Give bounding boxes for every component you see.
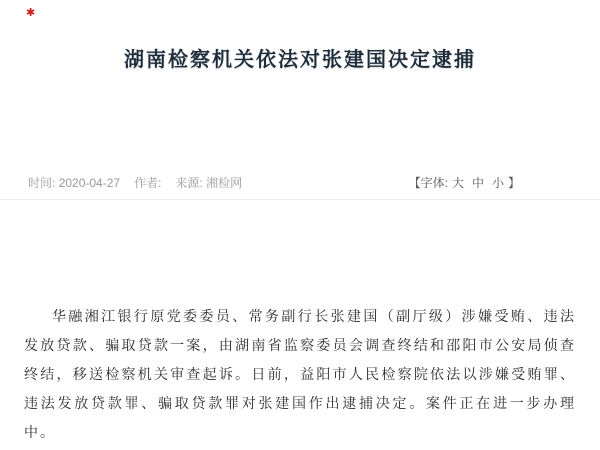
font-control-prefix: 【字体: [409, 174, 448, 191]
meta-source-value: 湘检网 [206, 176, 242, 190]
font-control-suffix: 】 [508, 174, 520, 191]
page-title: 湖南检察机关依法对张建国决定逮捕 [0, 43, 600, 72]
meta-source-label: 来源: [175, 176, 202, 190]
meta-author-label: 作者: [134, 176, 161, 190]
font-medium-button[interactable]: 中 [472, 174, 484, 191]
meta-time-label: 时间: [28, 176, 55, 190]
meta-info: 时间: 2020-04-27 作者: 来源: 湘检网 [28, 174, 256, 191]
meta-author: 作者: [134, 174, 161, 191]
meta-source: 来源: 湘检网 [175, 174, 242, 191]
meta-time-value: 2020-04-27 [59, 176, 120, 190]
font-small-button[interactable]: 小 [492, 174, 504, 191]
font-large-button[interactable]: 大 [452, 174, 464, 191]
meta-time: 时间: 2020-04-27 [28, 174, 120, 191]
font-size-control: 【字体: 大 中 小 】 [409, 174, 520, 191]
red-mark-icon: ✱ [26, 8, 35, 19]
meta-bar: 时间: 2020-04-27 作者: 来源: 湘检网 【字体: 大 中 小 】 [0, 170, 600, 200]
article-page: ✱ 湖南检察机关依法对张建国决定逮捕 时间: 2020-04-27 作者: 来源… [0, 0, 600, 450]
article-paragraph: 华融湘江银行原党委委员、常务副行长张建国（副厅级）涉嫌受贿、违法发放贷款、骗取贷… [24, 302, 576, 447]
